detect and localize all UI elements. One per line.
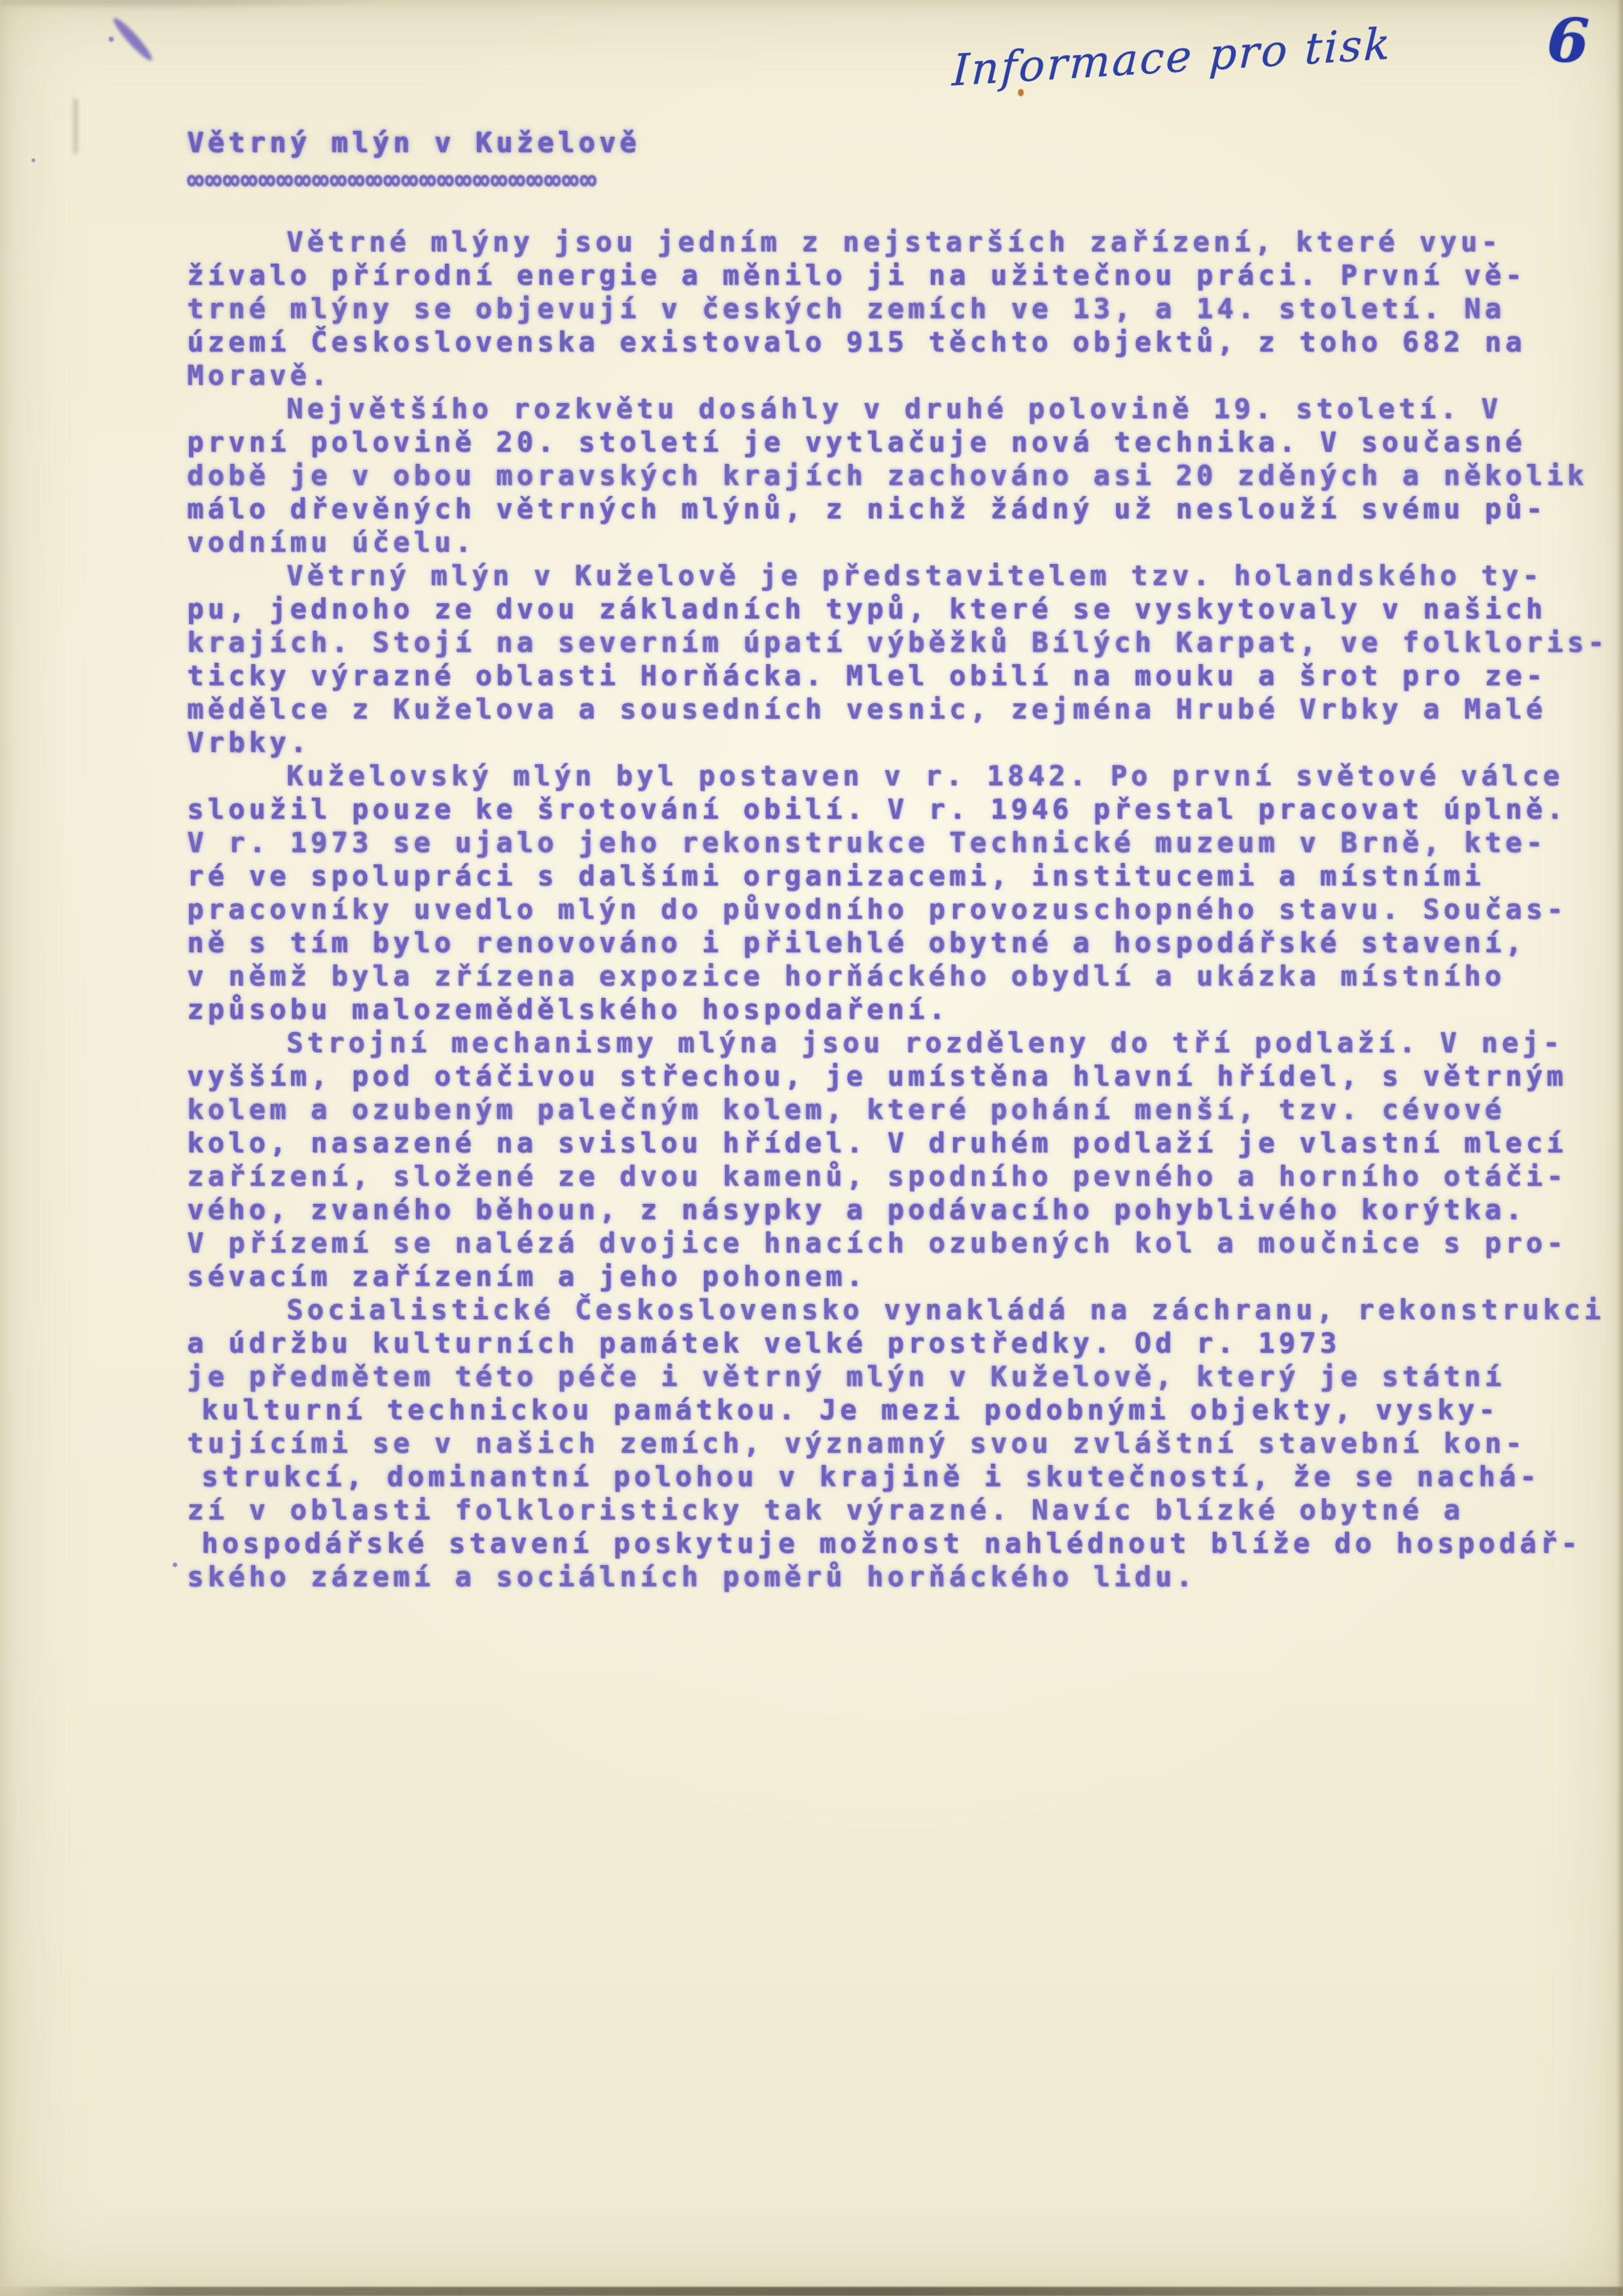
text-line: pu, jednoho ze dvou základních typů, kte…	[187, 592, 1600, 626]
text-line: ského zázemí a sociálních poměrů horňáck…	[187, 1560, 1600, 1593]
text-line: krajích. Stojí na severním úpatí výběžků…	[187, 626, 1600, 659]
paragraph: Největšího rozkvětu dosáhly v druhé polo…	[187, 392, 1600, 559]
text-line: Větrné mlýny jsou jedním z nejstarších z…	[187, 225, 1600, 258]
text-line: Socialistické Československo vynakládá n…	[187, 1293, 1600, 1326]
text-line: žívalo přírodní energie a měnilo ji na u…	[187, 258, 1600, 292]
text-line: Vrbky.	[187, 726, 1600, 759]
text-line: hospodářské stavení poskytuje možnost na…	[187, 1527, 1600, 1560]
paper-fleck	[31, 158, 35, 162]
text-line: mědělce z Kuželova a sousedních vesnic, …	[187, 692, 1600, 726]
text-line: Moravě.	[187, 359, 1600, 392]
text-line: území Československa existovalo 915 těch…	[187, 325, 1600, 359]
text-line: je předmětem této péče i větrný mlýn v K…	[187, 1360, 1600, 1393]
typewritten-text-block: Větrný mlýn v Kuželově ∞∞∞∞∞∞∞∞∞∞∞∞∞∞∞∞∞…	[187, 126, 1600, 1593]
text-line: v němž byla zřízena expozice horňáckého …	[187, 959, 1600, 993]
scan-edge-shadow-right	[1616, 0, 1623, 2296]
scan-edge-shadow-top	[0, 0, 497, 17]
text-line: a údržbu kulturních památek velké prostř…	[187, 1326, 1600, 1360]
text-line: době je v obou moravských krajích zachov…	[187, 459, 1600, 492]
text-line: vodnímu účelu.	[187, 525, 1600, 559]
text-line: tujícími se v našich zemích, významný sv…	[187, 1426, 1600, 1460]
text-line: vého, zvaného běhoun, z násypky a podáva…	[187, 1193, 1600, 1226]
text-line: ré ve spolupráci s dalšími organizacemi,…	[187, 859, 1600, 892]
handwritten-page-number: 6	[1546, 5, 1590, 77]
text-line: způsobu malozemědělského hospodaření.	[187, 993, 1600, 1026]
text-line: kulturní technickou památkou. Je mezi po…	[187, 1393, 1600, 1426]
paragraph: Kuželovský mlýn byl postaven v r. 1842. …	[187, 759, 1600, 1026]
paragraph: Větrný mlýn v Kuželově je představitelem…	[187, 559, 1600, 759]
text-line: Strojní mechanismy mlýna jsou rozděleny …	[187, 1026, 1600, 1059]
text-line: Kuželovský mlýn byl postaven v r. 1842. …	[187, 759, 1600, 792]
title-underline: ∞∞∞∞∞∞∞∞∞∞∞∞∞∞∞∞∞∞∞∞∞∞∞	[187, 163, 1600, 196]
ink-smudge-mark	[110, 15, 155, 64]
text-line: V r. 1973 se ujalo jeho rekonstrukce Tec…	[187, 826, 1600, 859]
scan-edge-shadow-bottom	[0, 2287, 1623, 2296]
text-line: zí v oblasti folkloristicky tak výrazné.…	[187, 1493, 1600, 1527]
paragraph: Strojní mechanismy mlýna jsou rozděleny …	[187, 1026, 1600, 1293]
text-line: kolem a ozubeným palečným kolem, které p…	[187, 1093, 1600, 1126]
text-line: V přízemí se nalézá dvojice hnacích ozub…	[187, 1226, 1600, 1260]
paper-crease-mark	[73, 98, 78, 154]
text-line: málo dřevěných větrných mlýnů, z nichž ž…	[187, 492, 1600, 525]
document-body: Větrné mlýny jsou jedním z nejstarších z…	[187, 225, 1600, 1593]
paragraph: Socialistické Československo vynakládá n…	[187, 1293, 1600, 1593]
text-line: zařízení, složené ze dvou kamenů, spodní…	[187, 1159, 1600, 1193]
text-line: trné mlýny se objevují v českých zemích …	[187, 292, 1600, 325]
text-line: kolo, nasazené na svislou hřídel. V druh…	[187, 1126, 1600, 1159]
document-title: Větrný mlýn v Kuželově	[187, 126, 1600, 159]
paragraph: Větrné mlýny jsou jedním z nejstarších z…	[187, 225, 1600, 392]
text-line: Větrný mlýn v Kuželově je představitelem…	[187, 559, 1600, 592]
text-line: ticky výrazné oblasti Horňácka. Mlel obi…	[187, 659, 1600, 692]
text-line: sloužil pouze ke šrotování obilí. V r. 1…	[187, 792, 1600, 826]
text-line: Největšího rozkvětu dosáhly v druhé polo…	[187, 392, 1600, 425]
scanned-document-page: Informace pro tisk 6 Větrný mlýn v Kužel…	[0, 0, 1623, 2296]
text-line: strukcí, dominantní polohou v krajině i …	[187, 1460, 1600, 1493]
text-line: první polovině 20. století je vytlačuje …	[187, 425, 1600, 459]
text-line: ně s tím bylo renovováno i přilehlé obyt…	[187, 926, 1600, 959]
ink-dot-mark	[109, 37, 114, 42]
paper-fleck	[173, 1563, 177, 1567]
text-line: pracovníky uvedlo mlýn do původního prov…	[187, 892, 1600, 926]
text-line: sévacím zařízením a jeho pohonem.	[187, 1260, 1600, 1293]
handwritten-note: Informace pro tisk	[951, 9, 1541, 96]
text-line: vyšším, pod otáčivou střechou, je umístě…	[187, 1059, 1600, 1093]
